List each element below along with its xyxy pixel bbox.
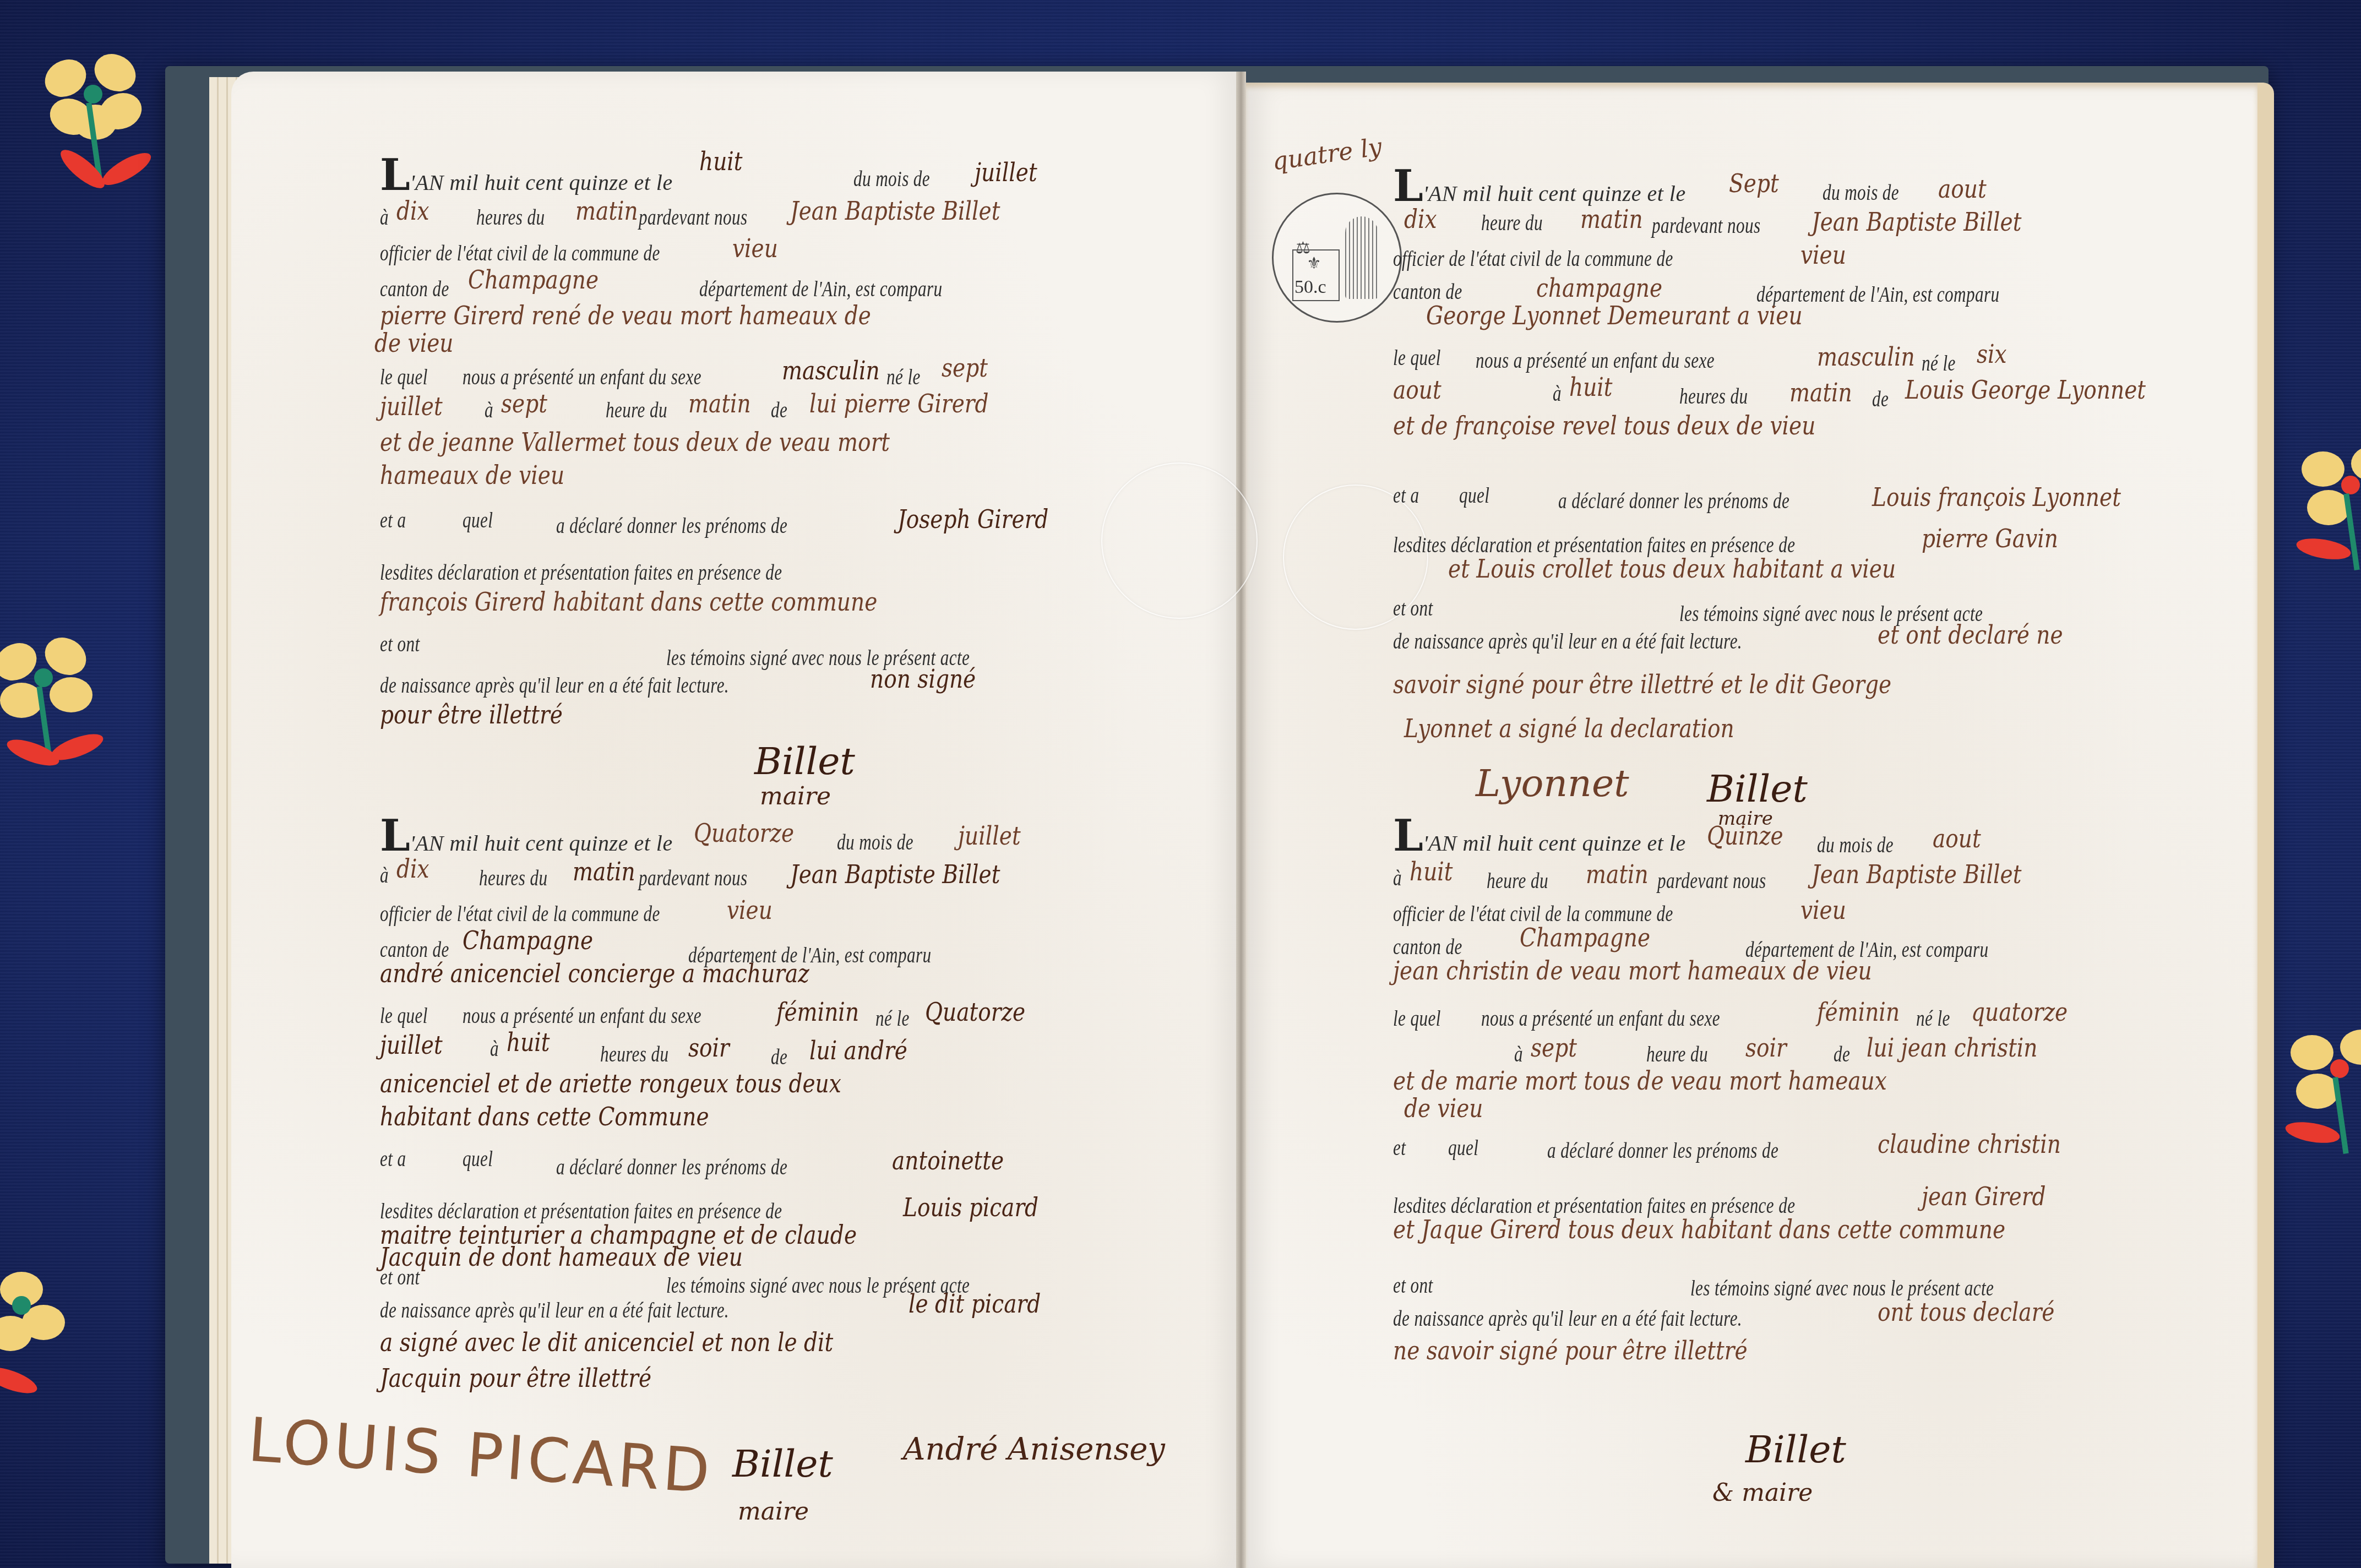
printed-text: à bbox=[380, 206, 389, 228]
handwritten-sex: masculin bbox=[782, 358, 880, 383]
printed-text: du mois de bbox=[853, 168, 930, 190]
printed-text: officier de l'état civil de la commune d… bbox=[380, 903, 660, 925]
handwritten-birth-month: juillet bbox=[380, 394, 443, 419]
printed-text: canton de bbox=[1393, 936, 1462, 958]
printed-text: pardevant nous bbox=[639, 867, 748, 889]
handwritten-text: Lyonnet a signé la declaration bbox=[1404, 716, 1734, 741]
handwritten-officer-name: Jean Baptiste Billet bbox=[1811, 209, 2021, 235]
handwritten-officer-name: Jean Baptiste Billet bbox=[790, 862, 1000, 887]
handwritten-declarant: jean christin de veau mort hameaux de vi… bbox=[1393, 958, 1872, 983]
handwritten-text: ne savoir signé pour être illettré bbox=[1393, 1338, 1748, 1363]
printed-text: à bbox=[485, 399, 493, 421]
handwritten-commune: vieu bbox=[1800, 897, 1846, 923]
printed-text: 'AN mil huit cent quinze et le bbox=[1423, 831, 1686, 856]
justice-figure-icon bbox=[1345, 216, 1378, 299]
signature-witness-lyonnet: Lyonnet bbox=[1476, 765, 1629, 803]
printed-text: du mois de bbox=[837, 831, 913, 853]
printed-text: et ont bbox=[1393, 1275, 1433, 1297]
printed-text: heures du bbox=[479, 867, 548, 889]
printed-text: de bbox=[1872, 388, 1889, 410]
printed-text: 'AN mil huit cent quinze et le bbox=[410, 170, 673, 195]
printed-text: nous a présenté un enfant du sexe bbox=[463, 366, 701, 388]
printed-text: et a bbox=[380, 509, 406, 531]
embroidered-flower-icon bbox=[2296, 440, 2361, 584]
printed-text: département de l'Ain, est comparu bbox=[699, 278, 943, 300]
handwritten-text: hameaux de vieu bbox=[380, 462, 564, 488]
printed-text: heure du bbox=[1481, 212, 1543, 234]
handwritten-mother: anicenciel et de ariette rongeux tous de… bbox=[380, 1071, 841, 1096]
handwritten-father: lui pierre Girerd bbox=[809, 391, 989, 416]
handwritten-canton: Champagne bbox=[468, 267, 599, 292]
handwritten-text: non signé bbox=[870, 666, 976, 692]
handwritten-commune: vieu bbox=[727, 897, 773, 923]
drop-cap: L bbox=[380, 150, 410, 200]
handwritten-canton: Champagne bbox=[1520, 925, 1650, 950]
printed-text: quel bbox=[463, 1148, 493, 1170]
printed-text: heures du bbox=[1679, 385, 1748, 407]
handwritten-text: a signé avec le dit anicenciel et non le… bbox=[380, 1330, 833, 1355]
handwritten-text: et ont declaré ne bbox=[1878, 622, 2063, 647]
handwritten-day: Quatorze bbox=[694, 820, 794, 846]
handwritten-witness: Louis picard bbox=[903, 1195, 1038, 1220]
printed-text: pardevant nous bbox=[1652, 215, 1761, 237]
stamp-value: 50.c bbox=[1294, 277, 1326, 298]
printed-text: et a bbox=[380, 1148, 406, 1170]
handwritten-text: Jacquin de dont hameaux de vieu bbox=[380, 1244, 743, 1270]
handwritten-child-name: Louis françois Lyonnet bbox=[1872, 484, 2121, 510]
handwritten-text: et Louis crollet tous deux habitant a vi… bbox=[1448, 556, 1896, 581]
handwritten-commune: vieu bbox=[732, 236, 778, 261]
handwritten-canton: Champagne bbox=[463, 928, 593, 953]
printed-text: quel bbox=[1448, 1137, 1478, 1159]
printed-text: à bbox=[1514, 1043, 1523, 1065]
printed-text: du mois de bbox=[1823, 182, 1899, 204]
printed-text: pardevant nous bbox=[1657, 870, 1766, 892]
revenue-stamp: ⚖ 50.c ⚜ bbox=[1272, 193, 1402, 323]
handwritten-declarant: George Lyonnet Demeurant a vieu bbox=[1426, 303, 1803, 328]
printed-text: de bbox=[771, 399, 787, 421]
printed-text: heure du bbox=[606, 399, 667, 421]
handwritten-hour: dix bbox=[396, 856, 429, 881]
handwritten-sex: féminin bbox=[776, 999, 859, 1025]
printed-text: pardevant nous bbox=[639, 206, 748, 228]
printed-text: canton de bbox=[380, 278, 449, 300]
printed-text: heures du bbox=[600, 1043, 669, 1065]
handwritten-canton: champagne bbox=[1536, 275, 1662, 301]
handwritten-day: huit bbox=[699, 149, 743, 174]
printed-text: de naissance après qu'il leur en a été f… bbox=[380, 674, 729, 696]
handwritten-birth-hour: sept bbox=[1531, 1035, 1577, 1060]
handwritten-text: ont tous declaré bbox=[1878, 1299, 2055, 1325]
handwritten-birth-day: sept bbox=[942, 355, 988, 380]
handwritten-birth-month: aout bbox=[1393, 377, 1441, 402]
handwritten-text: matin bbox=[1789, 380, 1852, 405]
handwritten-text: de vieu bbox=[374, 330, 454, 356]
handwritten-birth-hour: sept bbox=[501, 391, 547, 416]
handwritten-day: Sept bbox=[1729, 171, 1779, 196]
handwritten-commune: vieu bbox=[1800, 242, 1846, 268]
printed-text: et ont bbox=[1393, 597, 1433, 619]
handwritten-hour: huit bbox=[1410, 859, 1453, 884]
embroidered-flower-icon bbox=[0, 633, 99, 776]
printed-text: et ont bbox=[380, 1266, 420, 1288]
printed-text: de naissance après qu'il leur en a été f… bbox=[1393, 630, 1742, 652]
printed-text: officier de l'état civil de la commune d… bbox=[1393, 903, 1673, 925]
handwritten-mother: et de marie mort tous de veau mort hamea… bbox=[1393, 1068, 1887, 1093]
printed-text: les témoins signé avec nous le présent a… bbox=[1690, 1277, 1994, 1299]
handwritten-birth-month: juillet bbox=[380, 1032, 443, 1058]
printed-text: nous a présenté un enfant du sexe bbox=[1476, 350, 1715, 372]
handwritten-declarant: pierre Girerd rené de veau mort hameaux … bbox=[380, 303, 871, 328]
printed-text: du mois de bbox=[1817, 834, 1894, 856]
handwritten-text: soir bbox=[688, 1035, 730, 1060]
handwritten-father: lui andré bbox=[809, 1038, 907, 1063]
signature-officer: Billet bbox=[1745, 1431, 1846, 1469]
book-gutter bbox=[1236, 72, 1246, 1568]
printed-text: de bbox=[1834, 1043, 1850, 1065]
printed-text: à bbox=[380, 864, 389, 886]
printed-text: lesdites déclaration et présentation fai… bbox=[1393, 1195, 1796, 1217]
printed-text: né le bbox=[886, 366, 921, 388]
handwritten-text: matin bbox=[688, 391, 751, 416]
handwritten-mother: et de françoise revel tous deux de vieu bbox=[1393, 413, 1815, 438]
printed-text: et bbox=[1393, 1137, 1406, 1159]
handwritten-hour: dix bbox=[1404, 206, 1437, 232]
signature-title: maire bbox=[760, 785, 831, 809]
handwritten-birth-day: six bbox=[1977, 341, 2007, 367]
handwritten-officer-name: Jean Baptiste Billet bbox=[1811, 862, 2021, 887]
printed-text: heures du bbox=[476, 206, 545, 228]
printed-text: nous a présenté un enfant du sexe bbox=[463, 1005, 701, 1027]
fleur-de-lis-icon: ⚜ bbox=[1307, 254, 1321, 273]
signature-witness-andre-anisensey: André Anisensey bbox=[903, 1431, 1165, 1467]
handwritten-officer-name: Jean Baptiste Billet bbox=[790, 198, 1000, 224]
handwritten-father: lui jean christin bbox=[1867, 1035, 2038, 1060]
embroidered-flower-icon bbox=[0, 1261, 77, 1404]
printed-text: 'AN mil huit cent quinze et le bbox=[1423, 181, 1686, 206]
handwritten-birth-hour: huit bbox=[507, 1030, 550, 1055]
handwritten-sex: féminin bbox=[1817, 999, 1900, 1025]
handwritten-sex: masculin bbox=[1817, 344, 1915, 369]
handwritten-month: juillet bbox=[958, 823, 1021, 848]
handwritten-day: Quinze bbox=[1707, 823, 1783, 848]
embroidered-flower-icon bbox=[39, 50, 149, 193]
handwritten-birth-day: Quatorze bbox=[925, 999, 1025, 1025]
printed-text: né le bbox=[1916, 1008, 1950, 1030]
printed-text: 'AN mil huit cent quinze et le bbox=[410, 831, 673, 856]
printed-text: lesdites déclaration et présentation fai… bbox=[1393, 534, 1796, 556]
printed-text: officier de l'état civil de la commune d… bbox=[380, 242, 660, 264]
printed-text: lesdites déclaration et présentation fai… bbox=[380, 562, 782, 584]
handwritten-child-name: antoinette bbox=[892, 1148, 1004, 1173]
handwritten-text: savoir signé pour être illettré et le di… bbox=[1393, 672, 1891, 697]
handwritten-time-of-day: matin bbox=[575, 198, 638, 224]
signature-officer: Billet bbox=[754, 743, 855, 781]
printed-text: le quel bbox=[1393, 1008, 1441, 1030]
handwritten-text: pour être illettré bbox=[380, 702, 563, 727]
handwritten-text: habitant dans cette Commune bbox=[380, 1104, 709, 1129]
handwritten-declarant: andré anicenciel concierge a machuraz bbox=[380, 961, 809, 986]
printed-text: nous a présenté un enfant du sexe bbox=[1481, 1008, 1720, 1030]
printed-text: quel bbox=[463, 509, 493, 531]
handwritten-text: et Jaque Girerd tous deux habitant dans … bbox=[1393, 1217, 2005, 1242]
printed-text: lesdites déclaration et présentation fai… bbox=[380, 1200, 782, 1222]
printed-text: et ont bbox=[380, 633, 420, 655]
printed-text: né le bbox=[875, 1008, 910, 1030]
handwritten-text: soir bbox=[1745, 1035, 1787, 1060]
handwritten-child-name: Joseph Girerd bbox=[897, 507, 1048, 532]
printed-text: canton de bbox=[1393, 281, 1462, 303]
handwritten-witness: françois Girerd habitant dans cette comm… bbox=[380, 589, 877, 614]
handwritten-father: Louis George Lyonnet bbox=[1905, 377, 2146, 402]
handwritten-month: aout bbox=[1938, 176, 1987, 202]
printed-text: a déclaré donner les prénoms de bbox=[1547, 1140, 1778, 1162]
handwritten-text: de vieu bbox=[1404, 1096, 1483, 1121]
printed-text: de bbox=[771, 1046, 787, 1068]
handwritten-month: juillet bbox=[975, 160, 1037, 185]
printed-text: le quel bbox=[380, 366, 428, 388]
signature-title: maire bbox=[738, 1498, 809, 1526]
handwritten-mother: et de jeanne Vallermet tous deux de veau… bbox=[380, 429, 890, 455]
embossed-seal-icon bbox=[1101, 462, 1258, 619]
printed-text: à bbox=[490, 1038, 499, 1060]
handwritten-hour: dix bbox=[396, 198, 429, 224]
embroidered-flower-icon bbox=[2285, 1024, 2361, 1167]
printed-text: quel bbox=[1459, 484, 1489, 507]
signature-title: & maire bbox=[1712, 1481, 1813, 1505]
printed-text: de naissance après qu'il leur en a été f… bbox=[1393, 1308, 1742, 1330]
printed-text: le quel bbox=[380, 1005, 428, 1027]
printed-text: heure du bbox=[1487, 870, 1548, 892]
handwritten-birth-hour: huit bbox=[1569, 374, 1613, 400]
handwritten-witness: pierre Gavin bbox=[1922, 526, 2058, 551]
printed-text: canton de bbox=[380, 939, 449, 961]
handwritten-text: Jacquin pour être illettré bbox=[380, 1365, 651, 1391]
handwritten-time-of-day: matin bbox=[1586, 862, 1649, 887]
handwritten-month: aout bbox=[1933, 826, 1981, 851]
handwritten-child-name: claudine christin bbox=[1878, 1131, 2061, 1157]
drop-cap: L bbox=[1393, 811, 1423, 861]
printed-text: né le bbox=[1922, 352, 1956, 374]
printed-text: a déclaré donner les prénoms de bbox=[556, 515, 787, 537]
handwritten-text: le dit picard bbox=[909, 1291, 1041, 1316]
signature-officer: Billet bbox=[732, 1442, 833, 1486]
handwritten-time-of-day: matin bbox=[573, 859, 635, 884]
printed-text: a déclaré donner les prénoms de bbox=[1558, 490, 1789, 512]
printed-text: heure du bbox=[1646, 1043, 1708, 1065]
printed-text: le quel bbox=[1393, 347, 1441, 369]
printed-text: et a bbox=[1393, 484, 1419, 507]
signature-officer: Billet bbox=[1707, 771, 1808, 808]
handwritten-witness: jean Girerd bbox=[1922, 1184, 2046, 1209]
printed-text: officier de l'état civil de la commune d… bbox=[1393, 248, 1673, 270]
printed-text: de naissance après qu'il leur en a été f… bbox=[380, 1299, 729, 1321]
handwritten-birth-day: quatorze bbox=[1971, 999, 2068, 1025]
printed-text: a déclaré donner les prénoms de bbox=[556, 1156, 787, 1178]
printed-text: à bbox=[1553, 383, 1562, 405]
handwritten-time-of-day: matin bbox=[1580, 206, 1643, 232]
printed-text: à bbox=[1393, 867, 1402, 889]
